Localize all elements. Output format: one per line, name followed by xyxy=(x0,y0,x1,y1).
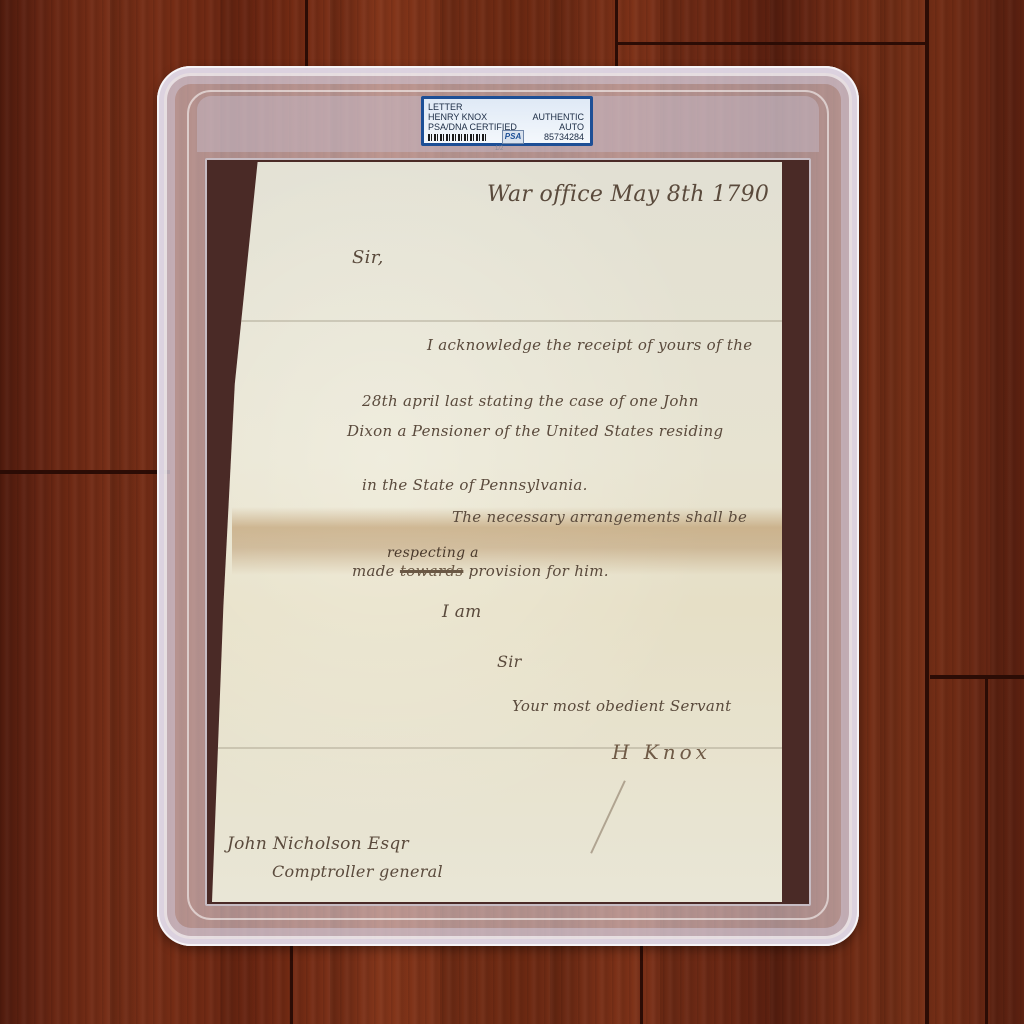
label-grade: AUTO xyxy=(533,122,585,132)
psa-logo-icon: PSA xyxy=(502,130,524,144)
label-item-type: LETTER xyxy=(428,102,517,112)
floor-seam xyxy=(985,675,988,1024)
letter-dateline: War office May 8th 1790 xyxy=(487,182,769,207)
label-status: AUTHENTIC xyxy=(533,112,585,122)
floor-seam xyxy=(0,470,170,474)
struck-word: towards xyxy=(400,562,463,580)
label-tab: 1/2 xyxy=(495,146,503,152)
floor-seam xyxy=(618,42,928,45)
addressee-name: John Nicholson Esqr xyxy=(227,834,409,854)
letter-body-line: 28th april last stating the case of one … xyxy=(362,392,699,410)
letter-body-line: made towards provision for him. xyxy=(352,562,609,580)
letter-closing-i-am: I am xyxy=(442,602,482,622)
floor-seam xyxy=(305,0,308,70)
pen-stroke xyxy=(590,780,626,853)
letter-body-line: I acknowledge the receipt of yours of th… xyxy=(427,336,752,354)
floor-seam xyxy=(925,0,929,1024)
letter-body-line: Dixon a Pensioner of the United States r… xyxy=(347,422,723,440)
label-left-text: LETTER HENRY KNOX PSA/DNA CERTIFIED xyxy=(428,102,517,132)
signature: H Knox xyxy=(612,740,711,764)
floor-seam xyxy=(640,940,643,1024)
letter-body-line: The necessary arrangements shall be xyxy=(452,508,747,526)
label-right-text: AUTHENTIC AUTO 85734284 xyxy=(533,112,585,142)
fold-line xyxy=(212,320,782,322)
letter-salutation: Sir, xyxy=(352,247,384,268)
addressee-title: Comptroller general xyxy=(272,862,443,881)
line-prefix: made xyxy=(352,562,395,580)
letter-body-line: in the State of Pennsylvania. xyxy=(362,476,588,494)
floor-seam xyxy=(290,940,293,1024)
letter-closing: Your most obedient Servant xyxy=(512,697,731,715)
letter-document: War office May 8th 1790 Sir, I acknowled… xyxy=(212,162,782,902)
floor-seam xyxy=(615,0,618,70)
floor-seam xyxy=(930,675,1024,679)
line-suffix: provision for him. xyxy=(468,562,608,580)
label-cert-number: 85734284 xyxy=(533,132,585,142)
authentication-label: LETTER HENRY KNOX PSA/DNA CERTIFIED AUTH… xyxy=(421,96,593,146)
letter-interlinear-insert: respecting a xyxy=(387,545,479,561)
label-item-name: HENRY KNOX xyxy=(428,112,517,122)
letter-closing-sir: Sir xyxy=(497,652,522,671)
barcode-icon xyxy=(428,134,488,141)
